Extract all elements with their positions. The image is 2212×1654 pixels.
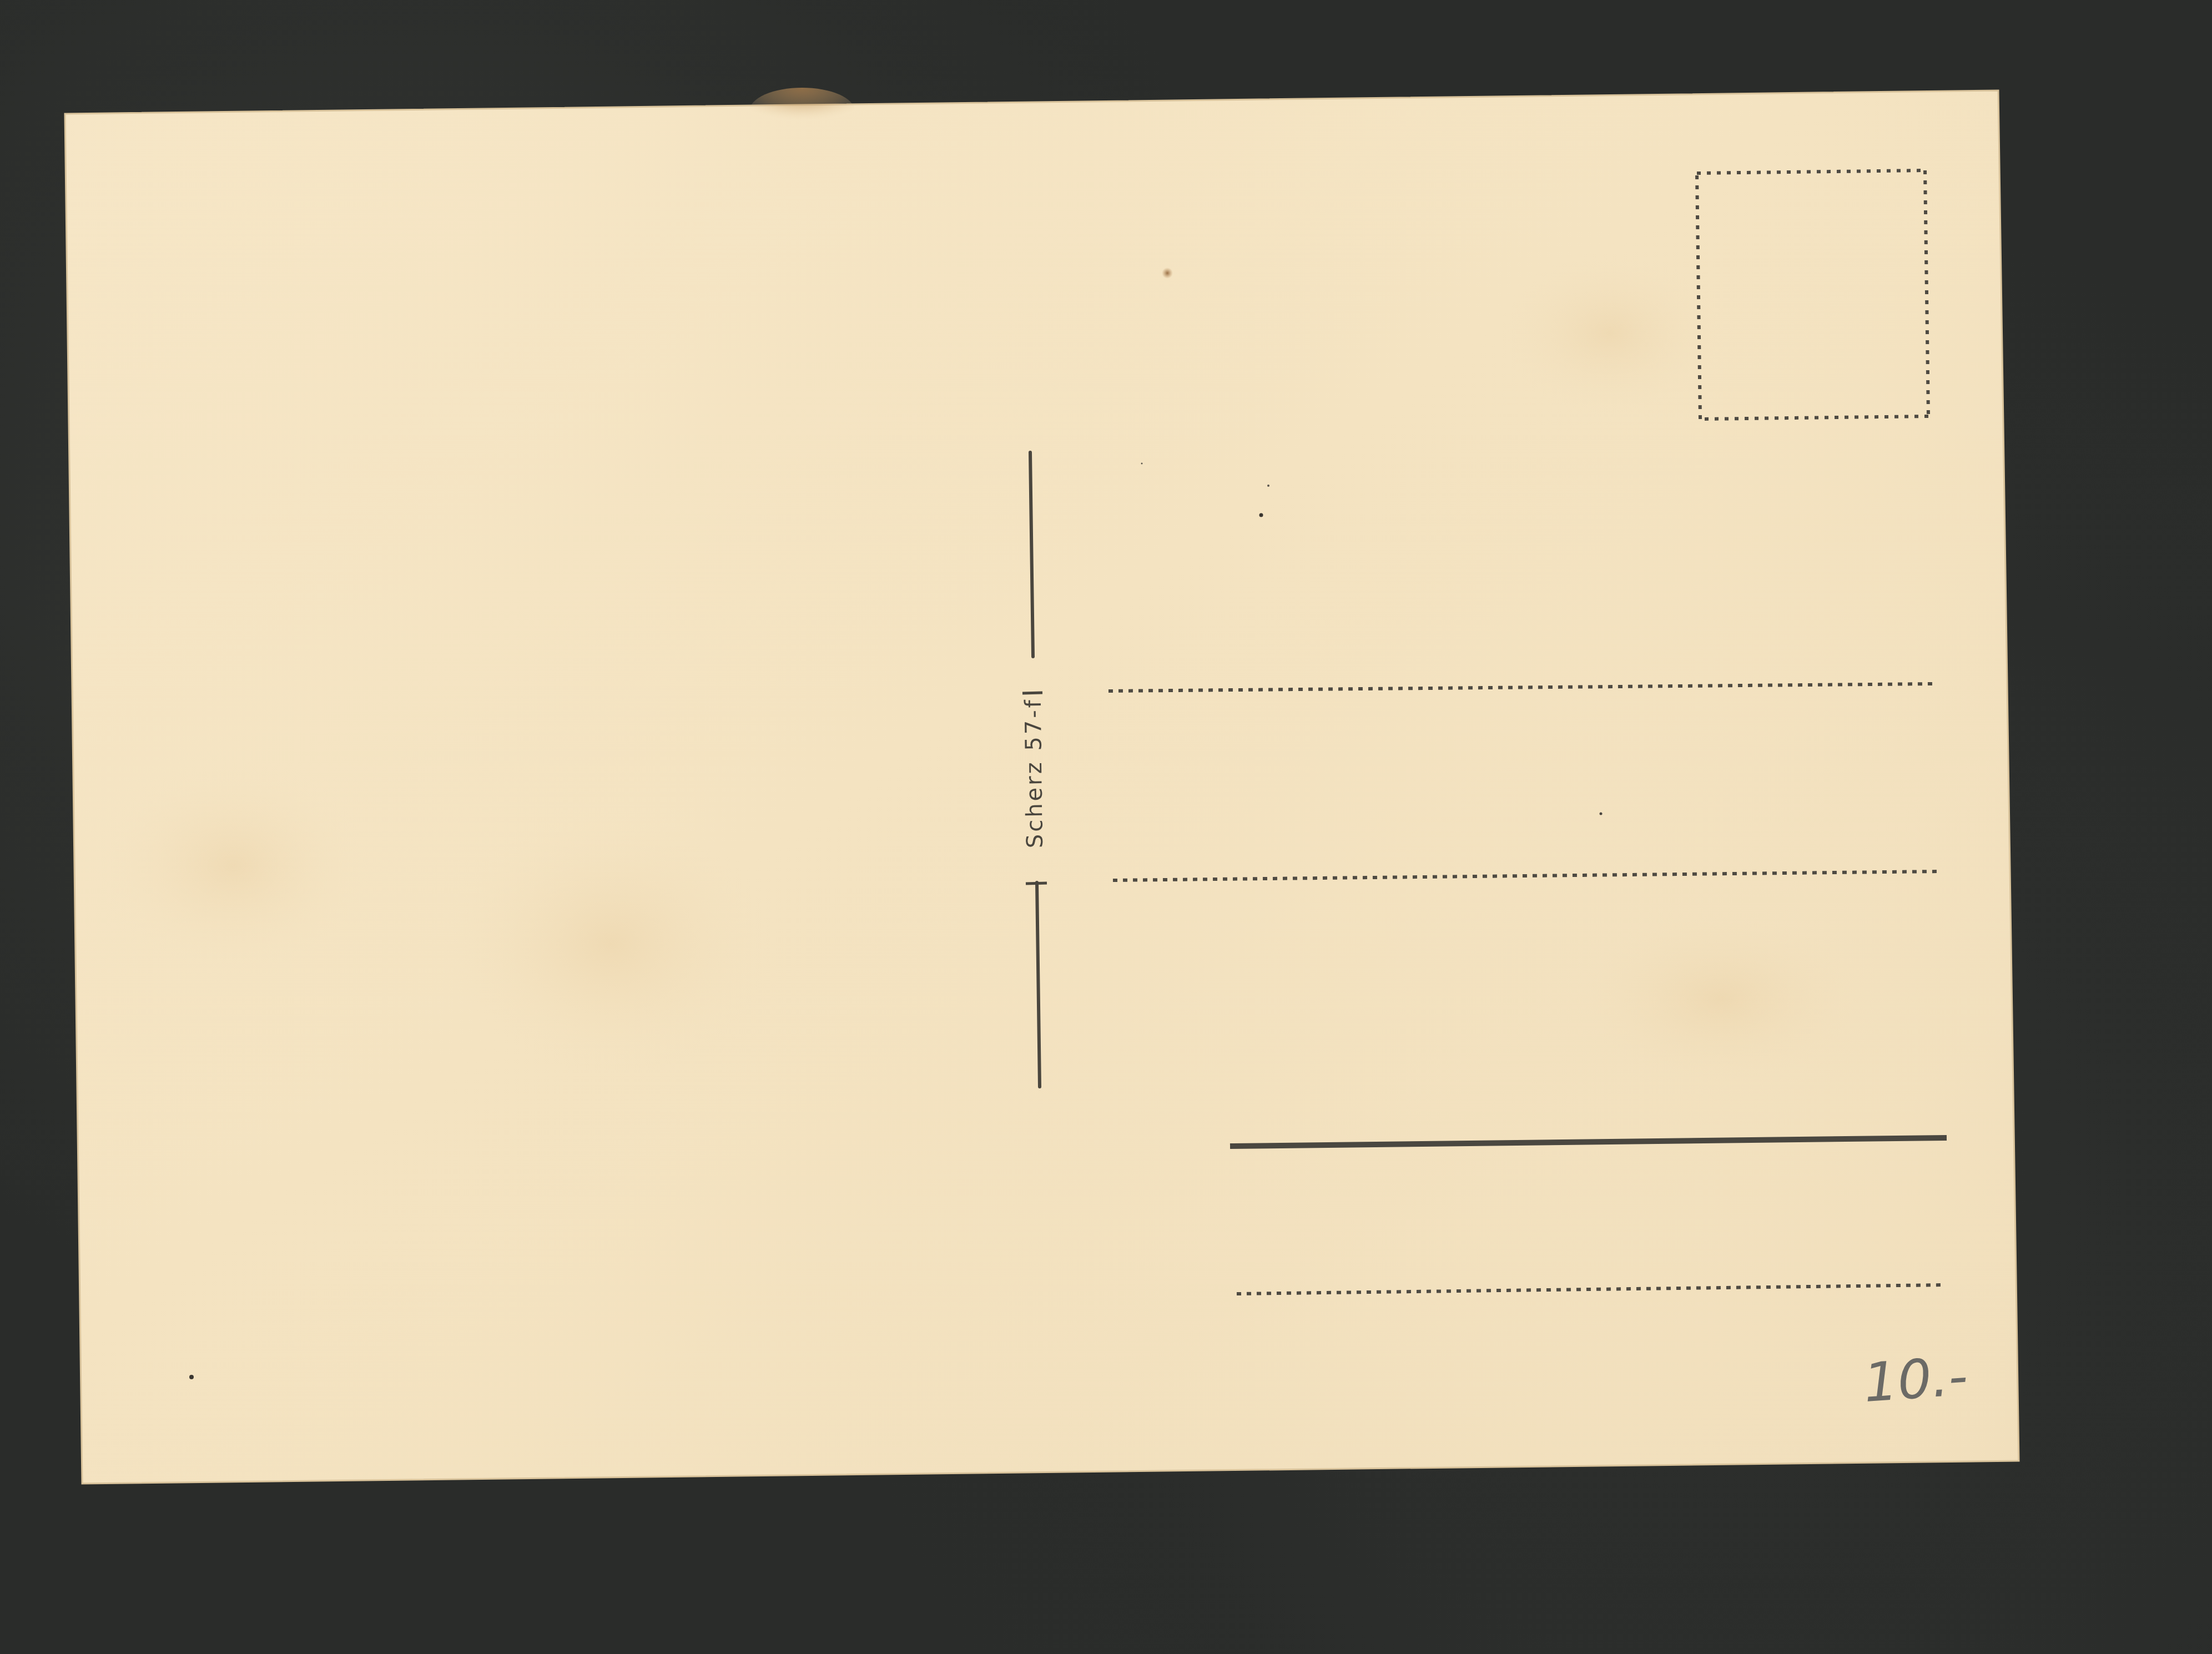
stain-mark [749, 88, 855, 134]
postcard-back: Scherz 57-f 10.- [0, 0, 2212, 1654]
spot-mark [1162, 268, 1173, 279]
speck-mark [189, 1375, 194, 1379]
foxing-patch [1488, 244, 1732, 422]
foxing-patch [1554, 899, 1887, 1099]
postcard-surface: Scherz 57-f 10.- [0, 0, 2212, 1654]
foxing-patch [433, 799, 788, 1088]
handwritten-price-text: 10.- [1862, 1345, 1970, 1414]
foxing-patch [89, 755, 377, 977]
publisher-imprint: Scherz 57-f [1021, 698, 1048, 848]
handwritten-price: 10.- [1862, 1345, 1970, 1414]
speck-mark [1267, 485, 1269, 487]
divider-tick-bottom [1026, 883, 1047, 884]
speck-mark [1141, 463, 1143, 465]
speck-mark [1600, 813, 1603, 815]
divider-tick-top [1022, 693, 1042, 693]
speck-mark [1259, 513, 1263, 517]
